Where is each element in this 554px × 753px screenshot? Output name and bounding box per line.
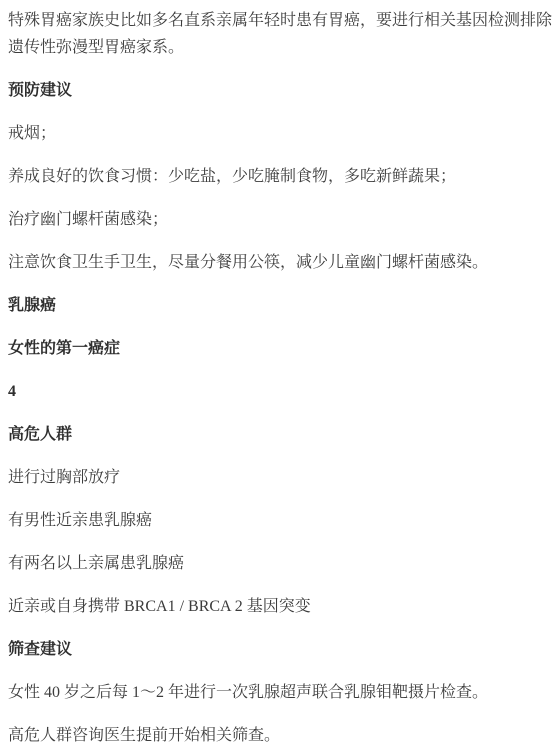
heading-breast-cancer: 乳腺癌 — [8, 292, 554, 319]
heading-high-risk-group: 高危人群 — [8, 421, 554, 448]
item-high-risk-consult-doctor: 高危人群咨询医生提前开始相关筛查。 — [8, 722, 554, 749]
item-diet-habits: 养成良好的饮食习惯：少吃盐，少吃腌制食物，多吃新鲜蔬果； — [8, 163, 554, 190]
heading-screening-advice: 筛查建议 — [8, 636, 554, 663]
item-food-hygiene: 注意饮食卫生手卫生，尽量分餐用公筷，减少儿童幽门螺杆菌感染。 — [8, 249, 554, 276]
heading-section-number: 4 — [8, 378, 554, 405]
item-two-relatives-breast-cancer: 有两名以上亲属患乳腺癌 — [8, 550, 554, 577]
heading-first-cancer-of-women: 女性的第一癌症 — [8, 335, 554, 362]
paragraph-gastric-family-history: 特殊胃癌家族史比如多名直系亲属年轻时患有胃癌，要进行相关基因检测排除遗传性弥漫型… — [8, 7, 554, 61]
item-quit-smoking: 戒烟； — [8, 120, 554, 147]
item-treat-hpylori: 治疗幽门螺杆菌感染； — [8, 206, 554, 233]
item-chest-radiotherapy: 进行过胸部放疗 — [8, 464, 554, 491]
heading-prevention-advice: 预防建议 — [8, 77, 554, 104]
item-screening-after-40: 女性 40 岁之后每 1～2 年进行一次乳腺超声联合乳腺钼靶摄片检查。 — [8, 679, 554, 706]
document-page: 特殊胃癌家族史比如多名直系亲属年轻时患有胃癌，要进行相关基因检测排除遗传性弥漫型… — [0, 0, 554, 749]
item-brca-gene-mutation: 近亲或自身携带 BRCA1 / BRCA 2 基因突变 — [8, 593, 554, 620]
item-male-relative-breast-cancer: 有男性近亲患乳腺癌 — [8, 507, 554, 534]
